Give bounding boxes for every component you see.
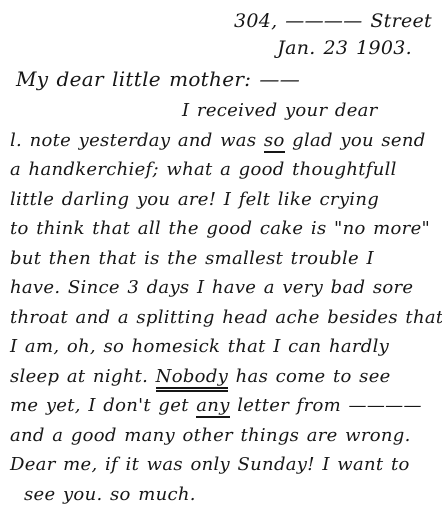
line-text: throat and a splitting head ache besides… [10, 307, 442, 328]
letter-line: a handkerchief; what a good thoughtfull [10, 155, 442, 185]
address-line: 304, ———— Street [0, 0, 442, 35]
letter-line: I received your dear [10, 96, 442, 126]
line-text: l. note yesterday and was [10, 130, 264, 151]
line-text: I am, oh, so homesick that I can hardly [10, 336, 389, 357]
line-text: but then that is the smallest trouble I [10, 248, 374, 269]
letter-line: have. Since 3 days I have a very bad sor… [10, 273, 442, 303]
letter-line: me yet, I don't get any letter from ———— [10, 391, 442, 421]
line-text: little darling you are! I felt like cryi… [10, 189, 379, 210]
line-text: Dear me, if it was only Sunday! I want t… [10, 454, 410, 475]
line-text: sleep at night. [10, 366, 156, 387]
line-text: have. Since 3 days I have a very bad sor… [10, 277, 413, 298]
letter-body: I received your dearl. note yesterday an… [0, 94, 442, 509]
line-text: glad you send [285, 130, 426, 151]
letter-line: Dear me, if it was only Sunday! I want t… [10, 450, 442, 480]
letter-line: sleep at night. Nobody has come to see [10, 362, 442, 392]
line-text: me yet, I don't get [10, 395, 196, 416]
underlined-word: Nobody [156, 366, 228, 392]
line-text: and a good many other things are wrong. [10, 425, 411, 446]
letter-line: and a good many other things are wrong. [10, 421, 442, 451]
line-text: to think that all the good cake is "no m… [10, 218, 430, 239]
line-text: letter from ———— [230, 395, 422, 416]
underlined-word: any [196, 395, 229, 418]
line-text: see you. so much. [24, 484, 196, 505]
date-line: Jan. 23 1903. [0, 35, 442, 62]
letter-line: throat and a splitting head ache besides… [10, 303, 442, 333]
underlined-word: so [264, 130, 285, 153]
letter-line: but then that is the smallest trouble I [10, 244, 442, 274]
letter-line: l. note yesterday and was so glad you se… [10, 126, 442, 156]
letter-line: little darling you are! I felt like cryi… [10, 185, 442, 215]
line-text: has come to see [228, 366, 391, 387]
salutation-line: My dear little mother: —— [0, 62, 442, 94]
line-text: I received your dear [182, 100, 378, 121]
letter-line: to think that all the good cake is "no m… [10, 214, 442, 244]
letter-line: see you. so much. [10, 480, 442, 510]
letter-line: I am, oh, so homesick that I can hardly [10, 332, 442, 362]
line-text: a handkerchief; what a good thoughtfull [10, 159, 397, 180]
letter-page: 304, ———— Street Jan. 23 1903. My dear l… [0, 0, 442, 524]
